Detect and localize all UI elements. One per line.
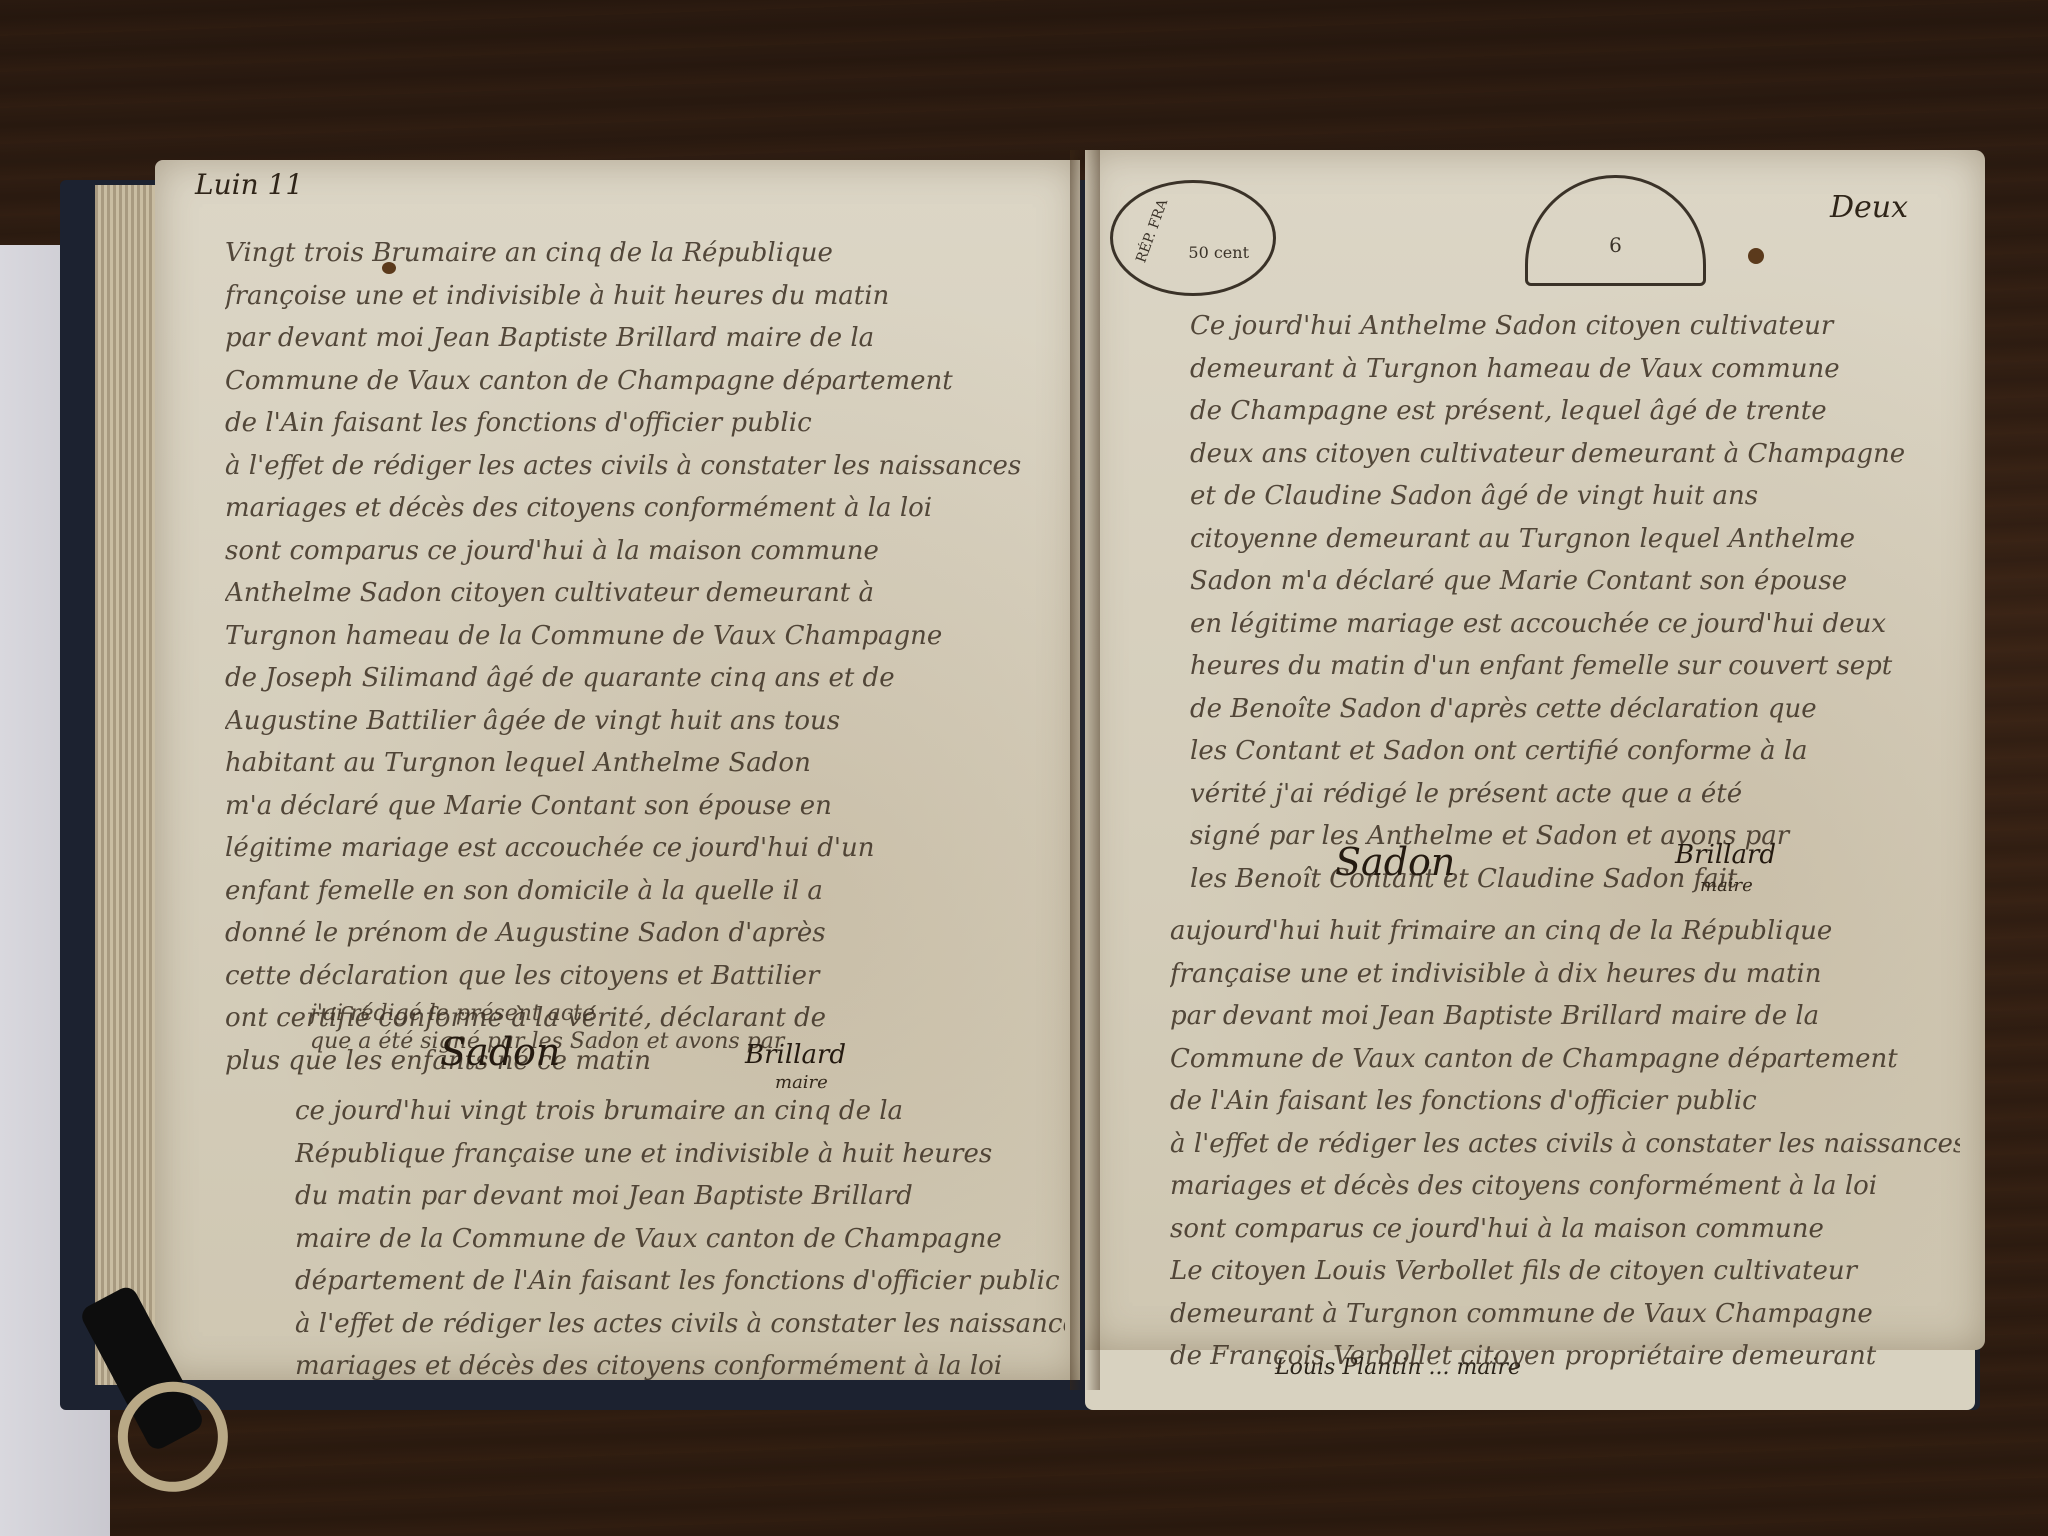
handwritten-line: maire de la Commune de Vaux canton de Ch… — [295, 1218, 1065, 1261]
ink-blot — [1748, 248, 1764, 264]
handwritten-line: signé par les Anthelme et Sadon et avons… — [1190, 815, 1970, 858]
handwritten-line: heures du matin d'un enfant femelle sur … — [1190, 645, 1970, 688]
handwritten-line: Commune de Vaux canton de Champagne dépa… — [1170, 1038, 1960, 1081]
handwritten-line: vérité j'ai rédigé le présent acte que a… — [1190, 773, 1970, 816]
tax-stamp-round: RÉP. FRA 50 cent — [1110, 180, 1276, 296]
handwritten-line: ce jourd'hui vingt trois brumaire an cin… — [295, 1090, 1065, 1133]
handwritten-line: légitime mariage est accouchée ce jourd'… — [225, 827, 1055, 870]
handwritten-line: mariages et décès des citoyens conformém… — [1170, 1165, 1960, 1208]
handwritten-line: j'ai rédigé le présent acte — [310, 1000, 1060, 1028]
handwritten-line: de Joseph Silimand âgé de quarante cinq … — [225, 657, 1055, 700]
handwritten-line: demeurant à Turgnon commune de Vaux Cham… — [1170, 1293, 1960, 1336]
left-page-entry-1-closing: j'ai rédigé le présent acte que a été si… — [310, 1000, 1060, 1056]
handwritten-line: à l'effet de rédiger les actes civils à … — [225, 445, 1055, 488]
mayor-title-right: maire — [1700, 875, 1753, 896]
handwritten-line: les Benoît Contant et Claudine Sadon fai… — [1190, 858, 1970, 901]
stamp-text: RÉP. FRA — [1133, 197, 1171, 265]
handwritten-line: du matin par devant moi Jean Baptiste Br… — [295, 1175, 1065, 1218]
left-page-entry-2: ce jourd'hui vingt trois brumaire an cin… — [295, 1090, 1065, 1388]
handwritten-line: aujourd'hui huit frimaire an cinq de la … — [1170, 910, 1960, 953]
right-page-entry-2: aujourd'hui huit frimaire an cinq de la … — [1170, 910, 1960, 1378]
handwritten-line: Anthelme Sadon citoyen cultivateur demeu… — [225, 572, 1055, 615]
signature-mayor-left: Brillard — [745, 1040, 846, 1070]
handwritten-line: cette déclaration que les citoyens et Ba… — [225, 955, 1055, 998]
right-page-header-note: Deux — [1830, 190, 1908, 225]
handwritten-line: de Benoîte Sadon d'après cette déclarati… — [1190, 688, 1970, 731]
handwritten-line: de l'Ain faisant les fonctions d'officie… — [1170, 1080, 1960, 1123]
handwritten-line: à l'effet de rédiger les actes civils à … — [1170, 1123, 1960, 1166]
handwritten-line: enfant femelle en son domicile à la quel… — [225, 870, 1055, 913]
handwritten-line: à l'effet de rédiger les actes civils à … — [295, 1303, 1065, 1346]
handwritten-line: Commune de Vaux canton de Champagne dépa… — [225, 360, 1055, 403]
handwritten-line: département de l'Ain faisant les fonctio… — [295, 1260, 1065, 1303]
handwritten-line: sont comparus ce jourd'hui à la maison c… — [1170, 1208, 1960, 1251]
signature-sadon-right: Sadon — [1335, 840, 1455, 884]
handwritten-line: Vingt trois Brumaire an cinq de la Répub… — [225, 232, 1055, 275]
handwritten-line: sont comparus ce jourd'hui à la maison c… — [225, 530, 1055, 573]
handwritten-line: Turgnon hameau de la Commune de Vaux Cha… — [225, 615, 1055, 658]
handwritten-line: en légitime mariage est accouchée ce jou… — [1190, 603, 1970, 646]
handwritten-line: de François Verbollet citoyen propriétai… — [1170, 1335, 1960, 1378]
handwritten-line: habitant au Turgnon lequel Anthelme Sado… — [225, 742, 1055, 785]
handwritten-line: française une et indivisible à dix heure… — [1170, 953, 1960, 996]
handwritten-line: par devant moi Jean Baptiste Brillard ma… — [1170, 995, 1960, 1038]
handwritten-line: donné le prénom de Augustine Sadon d'apr… — [225, 912, 1055, 955]
left-page-entry-1: Vingt trois Brumaire an cinq de la Répub… — [225, 232, 1055, 1082]
handwritten-line: République française une et indivisible … — [295, 1133, 1065, 1176]
handwritten-line: demeurant à Turgnon hameau de Vaux commu… — [1190, 348, 1970, 391]
handwritten-line: Ce jourd'hui Anthelme Sadon citoyen cult… — [1190, 305, 1970, 348]
handwritten-line: de Champagne est présent, lequel âgé de … — [1190, 390, 1970, 433]
handwritten-line: françoise une et indivisible à huit heur… — [225, 275, 1055, 318]
left-page-header-note: Luin 11 — [195, 168, 303, 201]
handwritten-line: Sadon m'a déclaré que Marie Contant son … — [1190, 560, 1970, 603]
handwritten-line: les Contant et Sadon ont certifié confor… — [1190, 730, 1970, 773]
signature-sadon-left: Sadon — [440, 1030, 560, 1074]
handwritten-line: par devant moi Jean Baptiste Brillard ma… — [225, 317, 1055, 360]
book-gutter — [1070, 150, 1100, 1390]
handwritten-line: et de Claudine Sadon âgé de vingt huit a… — [1190, 475, 1970, 518]
page-stack-edge — [95, 185, 155, 1385]
handwritten-line: que a été signé par les Sadon et avons p… — [310, 1028, 1060, 1056]
handwritten-line: de l'Ain faisant les fonctions d'officie… — [225, 402, 1055, 445]
right-page-entry-1: Ce jourd'hui Anthelme Sadon citoyen cult… — [1190, 305, 1970, 900]
handwritten-line: deux ans citoyen cultivateur demeurant à… — [1190, 433, 1970, 476]
stamp-value: 50 cent — [1188, 243, 1249, 262]
handwritten-line: mariages et décès des citoyens conformém… — [295, 1345, 1065, 1388]
stamp-value: 6 — [1528, 233, 1703, 257]
handwritten-line: Augustine Battilier âgée de vingt huit a… — [225, 700, 1055, 743]
handwritten-line: citoyenne demeurant au Turgnon lequel An… — [1190, 518, 1970, 561]
handwritten-line: m'a déclaré que Marie Contant son épouse… — [225, 785, 1055, 828]
signature-mayor-right: Brillard — [1675, 840, 1776, 870]
handwritten-line: Le citoyen Louis Verbollet fils de citoy… — [1170, 1250, 1960, 1293]
handwritten-line: mariages et décès des citoyens conformém… — [225, 487, 1055, 530]
